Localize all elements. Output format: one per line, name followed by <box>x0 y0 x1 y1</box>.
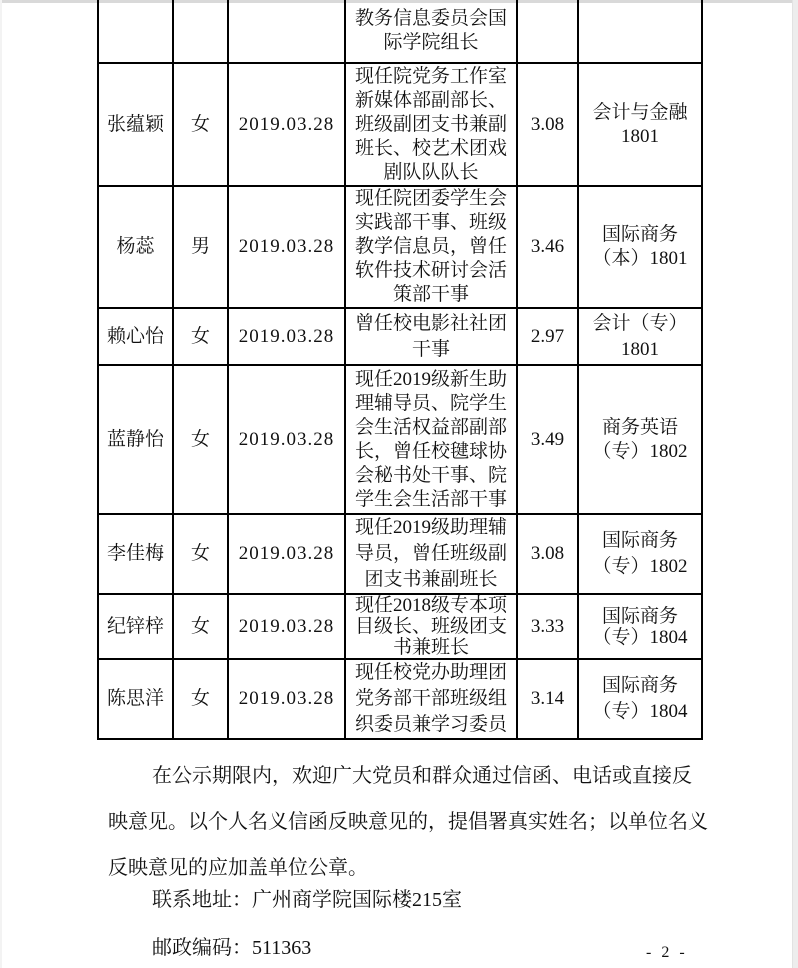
roster-table: 教务信息委员会国 际学院组长 张蕴颖 女 2019.03.28 现任院党务工作室… <box>97 0 703 740</box>
document-page: 教务信息委员会国 际学院组长 张蕴颖 女 2019.03.28 现任院党务工作室… <box>0 0 798 968</box>
page-right-edge <box>792 0 798 968</box>
page-number: - 2 - <box>646 944 688 962</box>
table-row: 杨蕊 男 2019.03.28 现任院团委学生会 实践部干事、班级 教学信息员，… <box>98 186 702 308</box>
contact-address-line: 联系地址：广州商学院国际楼215室 <box>152 888 462 912</box>
table-row: 陈思洋 女 2019.03.28 现任校党办助理团 党务部干部班级组 织委员兼学… <box>98 659 702 739</box>
class-name-cell: 商务英语 （专）1802 <box>578 365 702 514</box>
date-cell: 2019.03.28 <box>228 594 345 659</box>
closing-paragraph: 在公示期限内，欢迎广大党员和群众通过信函、电话或直接反 映意见。以个人名义信函反… <box>108 753 753 891</box>
gpa-cell: 3.14 <box>517 659 578 739</box>
class-name-cell <box>578 0 702 63</box>
student-name-cell: 杨蕊 <box>98 186 173 308</box>
table-row: 蓝静怡 女 2019.03.28 现任2019级新生助 理辅导员、院学生 会生活… <box>98 365 702 514</box>
class-name-cell: 国际商务 （本）1801 <box>578 186 702 308</box>
student-name-cell <box>98 0 173 63</box>
date-cell: 2019.03.28 <box>228 308 345 365</box>
position-description-cell: 教务信息委员会国 际学院组长 <box>345 0 517 63</box>
date-cell: 2019.03.28 <box>228 186 345 308</box>
student-name-cell: 纪锌梓 <box>98 594 173 659</box>
gpa-cell <box>517 0 578 63</box>
date-cell: 2019.03.28 <box>228 365 345 514</box>
table-row: 赖心怡 女 2019.03.28 曾任校电影社社团 干事 2.97 会计（专） … <box>98 308 702 365</box>
gender-cell <box>173 0 228 63</box>
date-cell <box>228 0 345 63</box>
table-row: 纪锌梓 女 2019.03.28 现任2018级专本项 目级长、班级团支 书兼班… <box>98 594 702 659</box>
position-description-cell: 现任校党办助理团 党务部干部班级组 织委员兼学习委员 <box>345 659 517 739</box>
table-row: 李佳梅 女 2019.03.28 现任2019级助理辅 导员，曾任班级副 团支书… <box>98 514 702 594</box>
student-name-cell: 赖心怡 <box>98 308 173 365</box>
postal-code-line: 邮政编码：511363 <box>152 936 311 960</box>
table-row: 教务信息委员会国 际学院组长 <box>98 0 702 63</box>
gender-cell: 女 <box>173 594 228 659</box>
class-name-cell: 国际商务 （专）1802 <box>578 514 702 594</box>
student-name-cell: 李佳梅 <box>98 514 173 594</box>
gpa-cell: 3.08 <box>517 514 578 594</box>
student-name-cell: 蓝静怡 <box>98 365 173 514</box>
position-description-cell: 现任院党务工作室 新媒体部副部长、 班级副团支书兼副 班长、校艺术团戏 剧队队队… <box>345 63 517 186</box>
gpa-cell: 3.49 <box>517 365 578 514</box>
position-description-cell: 现任2018级专本项 目级长、班级团支 书兼班长 <box>345 594 517 659</box>
class-name-cell: 会计（专） 1801 <box>578 308 702 365</box>
gender-cell: 男 <box>173 186 228 308</box>
gpa-cell: 2.97 <box>517 308 578 365</box>
gender-cell: 女 <box>173 514 228 594</box>
date-cell: 2019.03.28 <box>228 63 345 186</box>
student-name-cell: 张蕴颖 <box>98 63 173 186</box>
gender-cell: 女 <box>173 308 228 365</box>
table-row: 张蕴颖 女 2019.03.28 现任院党务工作室 新媒体部副部长、 班级副团支… <box>98 63 702 186</box>
position-description-cell: 曾任校电影社社团 干事 <box>345 308 517 365</box>
gpa-cell: 3.33 <box>517 594 578 659</box>
page-left-edge <box>0 0 2 968</box>
roster-table-container: 教务信息委员会国 际学院组长 张蕴颖 女 2019.03.28 现任院党务工作室… <box>97 0 703 740</box>
position-description-cell: 现任院团委学生会 实践部干事、班级 教学信息员，曾任 软件技术研讨会活 策部干事 <box>345 186 517 308</box>
class-name-cell: 国际商务 （专）1804 <box>578 594 702 659</box>
position-description-cell: 现任2019级新生助 理辅导员、院学生 会生活权益部副部 长，曾任校毽球协 会秘… <box>345 365 517 514</box>
gpa-cell: 3.46 <box>517 186 578 308</box>
date-cell: 2019.03.28 <box>228 659 345 739</box>
class-name-cell: 国际商务 （专）1804 <box>578 659 702 739</box>
gender-cell: 女 <box>173 365 228 514</box>
gender-cell: 女 <box>173 659 228 739</box>
gender-cell: 女 <box>173 63 228 186</box>
position-description-cell: 现任2019级助理辅 导员，曾任班级副 团支书兼副班长 <box>345 514 517 594</box>
date-cell: 2019.03.28 <box>228 514 345 594</box>
gpa-cell: 3.08 <box>517 63 578 186</box>
student-name-cell: 陈思洋 <box>98 659 173 739</box>
class-name-cell: 会计与金融 1801 <box>578 63 702 186</box>
